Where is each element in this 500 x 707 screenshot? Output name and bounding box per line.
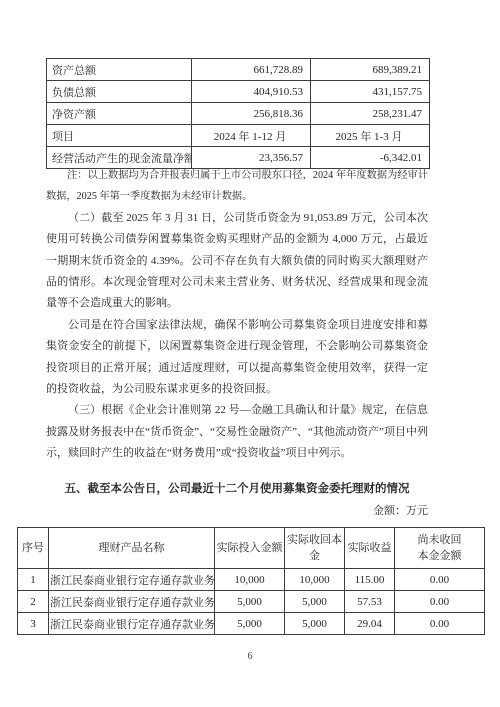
financial-summary-table: 资产总额 661,728.89 689,389.21 负债总额 404,910.… — [46, 58, 430, 169]
cell-product-name: 浙江民泰商业银行定存通存款业务 — [49, 569, 215, 591]
col-header-outstanding-principal: 尚未收回 本金金额 — [395, 528, 485, 569]
period-2025: 2025 年 1-3 月 — [311, 125, 430, 147]
table-row: 2 浙江民泰商业银行定存通存款业务 5,000 5,000 57.53 0.00 — [18, 591, 485, 613]
table-row-period-header: 项目 2024 年 1-12 月 2025 年 1-3 月 — [47, 125, 430, 147]
audit-note: 注：以上数据均为合并报表归属于上市公司股东口径，2024 年年度数据为经审计数据… — [46, 165, 428, 208]
cell-recovered: 5,000 — [285, 591, 345, 613]
row-value-2024: 256,818.36 — [192, 103, 311, 125]
cell-invested: 5,000 — [215, 591, 285, 613]
table-row: 1 浙江民泰商业银行定存通存款业务 10,000 10,000 115.00 0… — [18, 569, 485, 591]
cell-outstanding: 0.00 — [395, 591, 485, 613]
row-label: 净资产额 — [47, 103, 192, 125]
cell-outstanding: 0.00 — [395, 569, 485, 591]
cell-seq: 2 — [18, 591, 49, 613]
col-header-recovered-principal: 实际收回本 金 — [285, 528, 345, 569]
unit-label: 金额：万元 — [46, 502, 428, 520]
col-header-product-name: 理财产品名称 — [49, 528, 215, 569]
col-header-income: 实际收益 — [345, 528, 395, 569]
cell-recovered: 10,000 — [285, 569, 345, 591]
table-row: 3 浙江民泰商业银行定存通存款业务 5,000 5,000 29.04 0.00 — [18, 613, 485, 635]
cell-product-name: 浙江民泰商业银行定存通存款业务 — [49, 613, 215, 635]
row-label: 项目 — [47, 125, 192, 147]
paragraph-compliance: 公司是在符合国家法律法规，确保不影响公司募集资金项目进度安排和募集资金安全的前提… — [46, 315, 428, 401]
row-label: 负债总额 — [47, 81, 192, 103]
row-value-2025: 689,389.21 — [311, 59, 430, 81]
cell-invested: 10,000 — [215, 569, 285, 591]
row-value-2024: 661,728.89 — [192, 59, 311, 81]
table-header-row: 序号 理财产品名称 实际投入金额 实际收回本 金 实际收益 尚未收回 本金金额 — [18, 528, 485, 569]
cell-product-name: 浙江民泰商业银行定存通存款业务 — [49, 591, 215, 613]
row-value-2025: 431,157.75 — [311, 81, 430, 103]
cell-income: 115.00 — [345, 569, 395, 591]
row-value-2025: 258,231.47 — [311, 103, 430, 125]
cell-income: 57.53 — [345, 591, 395, 613]
paragraph-item-3: （三）根据《企业会计准则第 22 号—金融工具确认和计量》规定，在信息披露及财务… — [46, 400, 428, 464]
paragraph-item-2: （二）截至 2025 年 3 月 31 日，公司货币资金为 91,053.89 … — [46, 208, 428, 315]
body-text: 注：以上数据均为合并报表归属于上市公司股东口径，2024 年年度数据为经审计数据… — [46, 165, 428, 520]
row-value-2024: 404,910.53 — [192, 81, 311, 103]
cell-outstanding: 0.00 — [395, 613, 485, 635]
document-page: 资产总额 661,728.89 689,389.21 负债总额 404,910.… — [0, 0, 500, 707]
cell-seq: 1 — [18, 569, 49, 591]
wealth-management-table: 序号 理财产品名称 实际投入金额 实际收回本 金 实际收益 尚未收回 本金金额 … — [17, 527, 485, 635]
period-2024: 2024 年 1-12 月 — [192, 125, 311, 147]
table-row: 负债总额 404,910.53 431,157.75 — [47, 81, 430, 103]
section-5-heading: 五、截至本公告日，公司最近十二个月使用募集资金委托理财的情况 — [46, 478, 428, 500]
cell-invested: 5,000 — [215, 613, 285, 635]
table-row: 资产总额 661,728.89 689,389.21 — [47, 59, 430, 81]
col-header-invested: 实际投入金额 — [215, 528, 285, 569]
cell-recovered: 5,000 — [285, 613, 345, 635]
page-number: 6 — [0, 651, 500, 662]
row-label: 资产总额 — [47, 59, 192, 81]
col-header-seq: 序号 — [18, 528, 49, 569]
cell-income: 29.04 — [345, 613, 395, 635]
table-row: 净资产额 256,818.36 258,231.47 — [47, 103, 430, 125]
cell-seq: 3 — [18, 613, 49, 635]
